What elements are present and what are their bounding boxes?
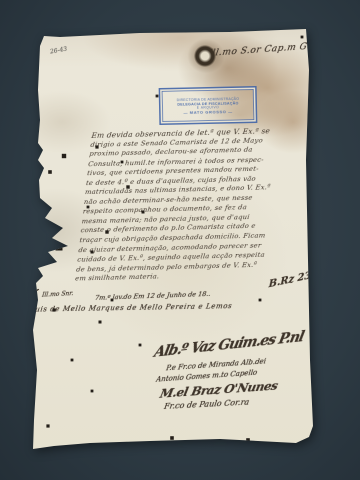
burn-hole <box>186 37 224 75</box>
addressee-scribble: Ill.mo S.or Cap.m Gen.al Snr. <box>207 39 356 59</box>
signature-block: Alb.º Vaz Guim.es P.nl P.e Fr.co de Mira… <box>142 336 322 407</box>
archive-stamp-border: DIRECTORIA DE ADMINISTRAÇÃO DELEGACIA DE… <box>159 86 258 125</box>
paper-sheet: 26-43 Ill.mo S.or Cap.m Gen.al Snr. DIRE… <box>0 0 360 480</box>
signatory-name-line: Luis de Mello Marques de Mello Pereira e… <box>29 302 232 314</box>
document-photo: 26-43 Ill.mo S.or Cap.m Gen.al Snr. DIRE… <box>0 0 360 480</box>
date-line: 7m.º lav.do Em 12 de Junho de 18.. <box>94 290 211 302</box>
archive-stamp: DIRECTORIA DE ADMINISTRAÇÃO DELEGACIA DE… <box>159 86 258 125</box>
photo-background: { "scene": { "background_color": "#2d3a4… <box>0 0 360 480</box>
pencil-annotation: 26-43 <box>50 46 68 56</box>
margin-note: Ill.mo Snr. <box>42 290 74 299</box>
stamp-line-4: — MATO GROSSO — <box>183 109 232 115</box>
paper-specks <box>0 0 2 2</box>
margin-x-mark: ✗ <box>27 285 39 300</box>
letter-body: Em devida observancia de let.ª que V. Ex… <box>75 125 310 284</box>
